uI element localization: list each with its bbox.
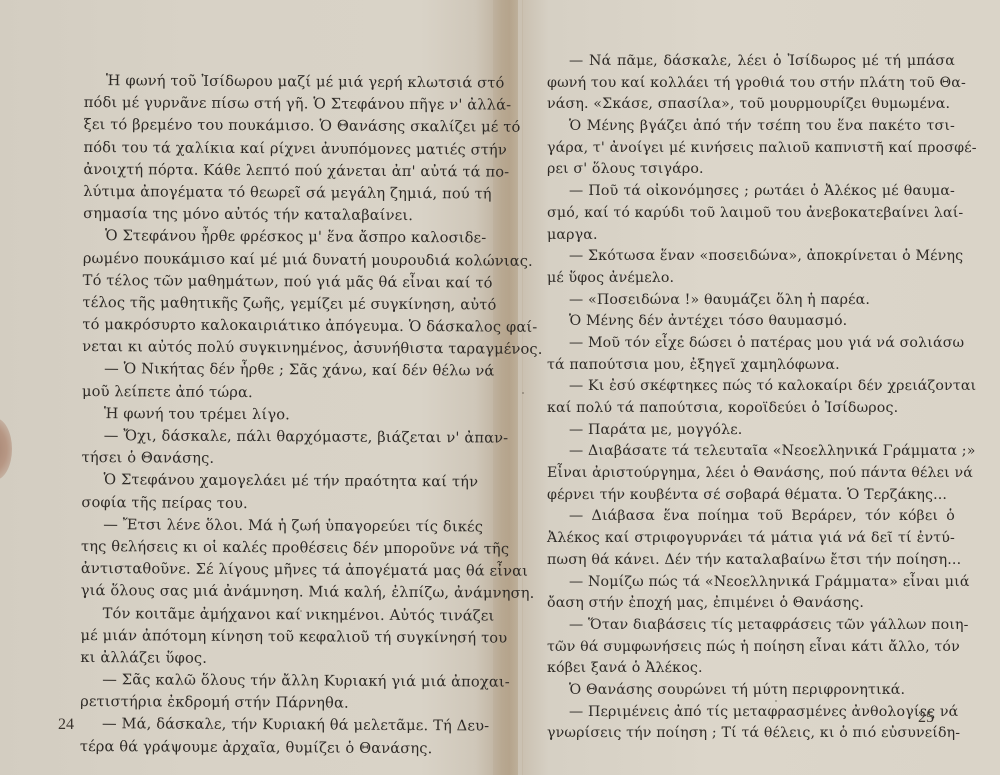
text-line: Ἡ φωνή τοῦ Ἰσίδωρου μαζί μέ μιά γερή κλω…	[84, 70, 472, 95]
text-line: μαργα.	[547, 225, 955, 247]
text-line: Εἶναι ἀριστούργημα, λέει ὁ Θανάσης, πού …	[547, 463, 955, 485]
text-line: Ὁ Στεφάνου ἦρθε φρέσκος μ' ἕνα ἄσπρο καλ…	[83, 225, 471, 250]
text-line: — Νομίζω πώς τά «Νεοελληνικά Γράμματα» ε…	[547, 572, 955, 594]
text-line: — Μά, δάσκαλε, τήν Κυριακή θά μελετᾶμε. …	[80, 713, 468, 738]
text-line: καί πολύ τά παπούτσια, κοροϊδεύει ὁ Ἰσίδ…	[547, 398, 955, 420]
text-line: Ἀλέκος καί στριφογυρνάει τά μάτια γιά νά…	[547, 528, 955, 550]
text-line: — Κι ἐσύ σκέφτηκες πώς τό καλοκαίρι δέν …	[547, 376, 955, 398]
text-line: — Ὄχι, δάσκαλε, πάλι θαρχόμαστε, βιάζετα…	[82, 425, 470, 450]
text-line: φέρνει τήν κουβέντα σέ σοβαρά θέματα. Ὁ …	[547, 485, 955, 507]
paper-speck	[775, 700, 777, 702]
text-line: Τό τέλος τῶν μαθημάτων, πού γιά μᾶς θά ε…	[83, 270, 471, 295]
text-line: — Διαβάσατε τά τελευταῖα «Νεοελληνικά Γρ…	[547, 441, 955, 463]
text-line: — Ὁ Νικήτας δέν ἦρθε ; Σᾶς χάνω, καί δέν…	[82, 358, 470, 383]
text-line: — Διάβασα ἕνα ποίημα τοῦ Βεράρεν, τόν κό…	[547, 506, 955, 528]
paper-speck	[960, 262, 962, 264]
text-line: — Σᾶς καλῶ ὅλους τήν ἄλλη Κυριακή γιά μι…	[80, 669, 468, 694]
text-line: ἀνοιχτή πόρτα. Κάθε λεπτό πού χάνεται ἀπ…	[83, 159, 471, 184]
text-line: — Ὅταν διαβάσεις τίς μεταφράσεις τῶν γάλ…	[547, 615, 955, 637]
text-line: πόδι μέ γυρνᾶνε πίσω στή γῆ. Ὁ Στεφάνου …	[84, 92, 472, 117]
text-line: γάρα, τ' ἀνοίγει μέ κινήσεις παλιοῦ καπν…	[547, 138, 955, 160]
text-line: σμό, καί τό καρύδι τοῦ λαιμοῦ του ἀνεβοκ…	[547, 203, 955, 225]
gutter-edge	[518, 0, 522, 775]
text-line: γιά ὅλους σας μιά ἀνάμνηση. Μιά καλή, ἐλ…	[81, 580, 469, 605]
text-line: — Σκότωσα ἕναν «ποσειδώνα», ἀποκρίνεται …	[547, 246, 955, 268]
text-line: κι ἀλλάζει ὕφος.	[80, 647, 468, 672]
text-line: σοφία τῆς πείρας του.	[81, 492, 469, 517]
text-line: μέ ὕφος ἀνέμελο.	[547, 268, 955, 290]
page-number-left: 24	[58, 716, 74, 734]
text-line: λύτιμα ἀπογέματα τό θεωρεῖ σά μεγάλη ζημ…	[83, 181, 471, 206]
text-line: ἀντισταθοῦνε. Σέ λίγους μῆνες τά ἀπογέμα…	[81, 558, 469, 583]
text-line: — «Ποσειδώνα !» θαυμάζει ὅλη ἡ παρέα.	[547, 290, 955, 312]
text-line: ρωμένο πουκάμισο καί μέ μιά δυνατή μουρο…	[83, 247, 471, 272]
text-line: ὄαση στήν ἐποχή μας, ἐπιμένει ὁ Θανάσης.	[547, 593, 955, 615]
text-line: μοῦ λείπετε ἀπό τώρα.	[82, 381, 470, 406]
text-line: τό μακρόσυρτο καλοκαιριάτικο ἀπόγευμα. Ὁ…	[82, 314, 470, 339]
text-line: τέρα θά γράψουμε ἀρχαῖα, θυμίζει ὁ Θανάσ…	[80, 736, 468, 761]
open-book-spread: Ἡ φωνή τοῦ Ἰσίδωρου μαζί μέ μιά γερή κλω…	[0, 0, 1000, 775]
text-line: — Ἔτσι λένε ὅλοι. Μά ἡ ζωή ὑπαγορεύει τί…	[81, 514, 469, 539]
text-line: — Μοῦ τόν εἶχε δώσει ὁ πατέρας μου γιά ν…	[547, 333, 955, 355]
text-line: — Παράτα με, μογγόλε.	[547, 420, 955, 442]
text-line: τά παπούτσια μου, ἐξηγεῖ χαμηλόφωνα.	[547, 355, 955, 377]
text-line: ρει σ' ὅλους τσιγάρο.	[547, 159, 955, 181]
text-line: κόβει ξανά ὁ Ἀλέκος.	[547, 658, 955, 680]
paper-speck	[522, 392, 524, 394]
text-line: τῶν θά συμφωνήσεις πώς ἡ ποίηση εἶναι κά…	[547, 637, 955, 659]
text-line: ξει τό βρεμένο του πουκάμισο. Ὁ Θανάσης …	[84, 114, 472, 139]
text-line: γνωρίσεις τήν ποίηση ; Τί τά θέλεις, κι …	[547, 723, 955, 745]
text-line: μέ μιάν ἀπότομη κίνηση τοῦ κεφαλιοῦ τή σ…	[80, 625, 468, 650]
text-line: τέλος τῆς μαθητικῆς ζωῆς, γεμίζει μέ συγ…	[83, 292, 471, 317]
text-line: — Ποῦ τά οἰκονόμησες ; ρωτάει ὁ Ἀλέκος μ…	[547, 181, 955, 203]
text-line: της θελήσεις κι οἱ καλές προθέσεις δέν μ…	[81, 536, 469, 561]
text-line: φωνή του καί κολλάει τή γροθιά του στήν …	[547, 73, 955, 95]
text-line: — Περιμένεις ἀπό τίς μεταφρασμένες ἀνθολ…	[547, 702, 955, 724]
left-page-text: Ἡ φωνή τοῦ Ἰσίδωρου μαζί μέ μιά γερή κλω…	[80, 70, 472, 760]
text-line: πωση θά κάνει. Δέν τήν καταλαβαίνω ἔτσι …	[547, 550, 955, 572]
text-line: ρετιστήρια ἐκδρομή στήν Πάρνηθα.	[80, 691, 468, 716]
text-line: Ὁ Μένης δέν ἀντέχει τόσο θαυμασμό.	[547, 311, 955, 333]
text-line: Ἡ φωνή του τρέμει λίγο.	[82, 403, 470, 428]
text-line: — Νά πᾶμε, δάσκαλε, λέει ὁ Ἰσίδωρος μέ τ…	[547, 51, 955, 73]
text-line: Ὁ Στεφάνου χαμογελάει μέ τήν πραότητα κα…	[81, 469, 469, 494]
text-line: Ὁ Θανάσης σουρώνει τή μύτη περιφρονητικά…	[547, 680, 955, 702]
text-line: Ὁ Μένης βγάζει ἀπό τήν τσέπη του ἕνα πακ…	[547, 116, 955, 138]
text-line: Τόν κοιτᾶμε ἀμήχανοι καί νικημένοι. Αὐτό…	[81, 602, 469, 627]
text-line: τήσει ὁ Θανάσης.	[82, 447, 470, 472]
text-line: νάση. «Σκάσε, σπασίλα», τοῦ μουρμουρίζει…	[547, 94, 955, 116]
fingertip-holding-page	[0, 418, 12, 480]
page-number-right: 25	[918, 709, 934, 727]
text-line: σημασία της μόνο αὐτός τήν καταλαβαίνει.	[83, 203, 471, 228]
paper-speck	[300, 610, 302, 612]
text-line: πόδι του τά χαλίκια καί ρίχνει ἀνυπόμονε…	[83, 137, 471, 162]
right-page-text: — Νά πᾶμε, δάσκαλε, λέει ὁ Ἰσίδωρος μέ τ…	[547, 51, 955, 745]
text-line: νεται κι αὐτός πολύ συγκινημένος, ἀσυνήθ…	[82, 336, 470, 361]
